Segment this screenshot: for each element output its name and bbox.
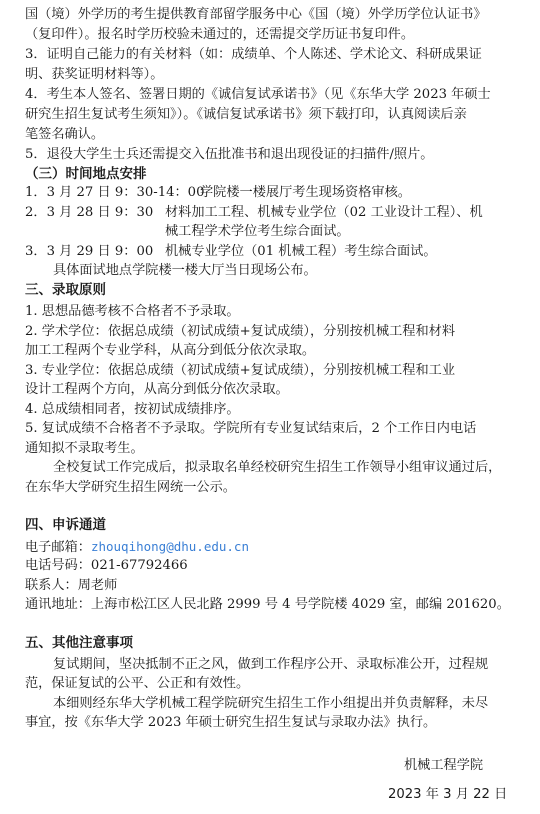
admission-line: 通知拟不录取考生。 xyxy=(25,440,144,458)
admission-paragraph: 全校复试工作完成后，拟录取名单经校研究生招生工作领导小组审议通过后， xyxy=(53,459,501,477)
email-link[interactable]: zhouqihong@dhu.edu.cn xyxy=(91,539,249,554)
other-heading: 五、其他注意事项 xyxy=(25,634,133,652)
other-paragraph: 事宜，按《东华大学 2023 年硕士研究生招生复试与录取办法》执行。 xyxy=(25,714,436,732)
email-label: 电子邮箱： xyxy=(25,540,91,555)
schedule-heading: （三）时间地点安排 xyxy=(25,165,147,183)
address-row: 通讯地址：上海市松江区人民北路 2999 号 4 号学院楼 4029 室，邮编 … xyxy=(25,596,510,614)
materials-line: 国（境）外学历的考生提供教育部留学服务中心《国（境）外学历学位认证书》 xyxy=(25,6,487,24)
materials-line: 研究生招生复试考生须知》）。《诚信复试承诺书》须下载打印，认真阅读后亲 xyxy=(25,106,467,124)
other-paragraph: 范，保证复试的公平、公正和有效性。 xyxy=(25,675,249,693)
signature-org: 机械工程学院 xyxy=(404,757,483,775)
materials-line: 5．退役大学生士兵还需提交入伍批准书和退出现役证的扫描件/照片。 xyxy=(25,146,433,164)
admission-line: 1. 思想品德考核不合格者不予录取。 xyxy=(25,303,240,321)
schedule-item-time: 3．3 月 29 日 9：00 xyxy=(25,243,153,261)
appeal-heading: 四、申诉通道 xyxy=(25,516,106,534)
phone-row: 电话号码：021-67792466 xyxy=(25,557,188,575)
other-paragraph: 本细则经东华大学机械工程学院研究生招生工作小组提出并负责解释，未尽 xyxy=(53,695,488,713)
schedule-item-desc: 学院楼一楼展厅考生现场资格审核。 xyxy=(200,184,411,202)
admission-heading: 三、录取原则 xyxy=(25,281,106,299)
schedule-item-desc: 机械专业学位（01 机械工程）考生综合面试。 xyxy=(165,243,437,261)
materials-line: 明、获奖证明材料等）。 xyxy=(25,66,163,84)
admission-line: 加工工程两个专业学科，从高分到低分依次录取。 xyxy=(25,342,315,360)
materials-line: 3．证明自己能力的有关材料（如：成绩单、个人陈述、学术论文、科研成果证 xyxy=(25,46,482,64)
schedule-item-time: 1．3 月 27 日 9：30-14：00 xyxy=(25,184,204,202)
schedule-note: 具体面试地点学院楼一楼大厅当日现场公布。 xyxy=(53,262,317,280)
admission-line: 4. 总成绩相同者，按初试成绩排序。 xyxy=(25,401,240,419)
signature-date: 2023 年 3 月 22 日 xyxy=(388,786,507,804)
email-row: 电子邮箱：zhouqihong@dhu.edu.cn xyxy=(25,538,249,556)
admission-line: 5. 复试成绩不合格者不予录取。学院所有专业复试结束后，2 个工作日内电话 xyxy=(25,420,476,438)
schedule-item-desc: 械工程学术学位考生综合面试。 xyxy=(165,223,350,241)
admission-paragraph: 在东华大学研究生招生网统一公示。 xyxy=(25,479,236,497)
materials-line: 4．考生本人签名、签署日期的《诚信复试承诺书》（见《东华大学 2023 年硕士 xyxy=(25,86,491,104)
schedule-item-desc: 材料加工工程、机械专业学位（02 工业设计工程）、机 xyxy=(165,204,483,222)
schedule-item-time: 2．3 月 28 日 9：30 xyxy=(25,204,153,222)
materials-line: （复印件）。报名时学历校验未通过的，还需提交学历证书复印件。 xyxy=(25,26,414,44)
admission-line: 设计工程两个方向，从高分到低分依次录取。 xyxy=(25,381,289,399)
other-paragraph: 复试期间，坚决抵制不正之风，做到工作程序公开、录取标准公开，过程规 xyxy=(53,656,488,674)
materials-line: 笔签名确认。 xyxy=(25,126,104,144)
contact-row: 联系人：周老师 xyxy=(25,577,117,595)
admission-line: 2. 学术学位：依据总成绩（初试成绩+复试成绩），分别按机械工程和材料 xyxy=(25,323,455,341)
admission-line: 3. 专业学位：依据总成绩（初试成绩+复试成绩），分别按机械工程和工业 xyxy=(25,362,455,380)
